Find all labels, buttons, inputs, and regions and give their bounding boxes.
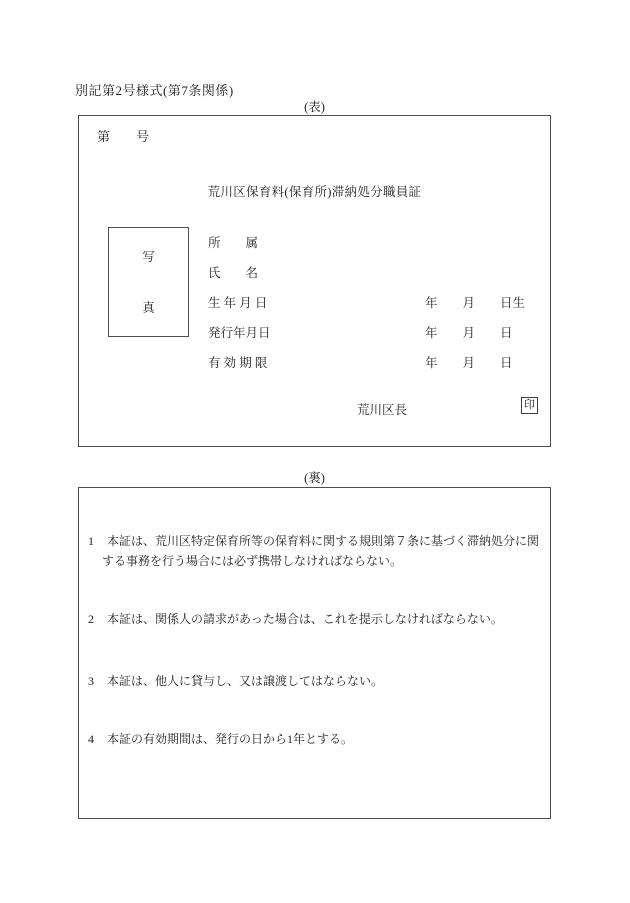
- field-row-affiliation: 所 属: [79, 233, 550, 248]
- mayor-title: 荒川区長: [357, 400, 407, 418]
- rule-item-4: 4 本証の有効期間は、発行の日から1年とする。: [88, 730, 548, 750]
- field-row-expiration: 有 効 期 限 年 月 日: [79, 353, 550, 368]
- field-date-issue-date: 年 月 日: [425, 323, 513, 341]
- front-side-label: (表): [78, 97, 551, 115]
- rule-item-3: 3 本証は、他人に貸与し、又は譲渡してはならない。: [88, 672, 548, 692]
- rule-number-4: 4: [88, 730, 94, 750]
- field-row-issue-date: 発行年月日 年 月 日: [79, 323, 550, 338]
- rule-number-1: 1: [88, 532, 94, 552]
- seal-box: 印: [521, 397, 538, 414]
- back-side-label: (裏): [78, 468, 551, 486]
- rule-number-3: 3: [88, 672, 94, 692]
- field-label-affiliation: 所 属: [208, 233, 258, 251]
- field-date-expiration: 年 月 日: [425, 353, 513, 371]
- field-label-birthdate: 生 年 月 日: [208, 293, 267, 311]
- rule-text-2: 本証は、関係人の請求があった場合は、これを提示しなければならない。: [102, 610, 546, 630]
- back-card: 1 本証は、荒川区特定保育所等の保育料に関する規則第７条に基づく滞納処分に関する…: [78, 487, 551, 819]
- rule-text-1: 本証は、荒川区特定保育所等の保育料に関する規則第７条に基づく滞納処分に関する事務…: [102, 532, 546, 571]
- field-label-expiration: 有 効 期 限: [208, 353, 267, 371]
- rule-item-2: 2 本証は、関係人の請求があった場合は、これを提示しなければならない。: [88, 610, 548, 630]
- rule-number-2: 2: [88, 610, 94, 630]
- rule-text-3: 本証は、他人に貸与し、又は譲渡してはならない。: [102, 672, 546, 692]
- rule-item-1: 1 本証は、荒川区特定保育所等の保育料に関する規則第７条に基づく滞納処分に関する…: [88, 532, 548, 571]
- field-label-name: 氏 名: [208, 263, 258, 281]
- card-number: 第 号: [97, 126, 149, 145]
- field-row-name: 氏 名: [79, 263, 550, 278]
- front-card: 第 号 荒川区保育料(保育所)滞納処分職員証 写 真 所 属 氏 名 生 年 月…: [78, 115, 551, 447]
- field-row-birthdate: 生 年 月 日 年 月 日生: [79, 293, 550, 308]
- document-page: 別記第2号様式(第7条関係) (表) 第 号 荒川区保育料(保育所)滞納処分職員…: [0, 0, 630, 903]
- rule-text-4: 本証の有効期間は、発行の日から1年とする。: [102, 730, 546, 750]
- field-label-issue-date: 発行年月日: [208, 323, 271, 341]
- seal-character: 印: [524, 400, 535, 411]
- card-title: 荒川区保育料(保育所)滞納処分職員証: [79, 182, 550, 200]
- field-date-birthdate: 年 月 日生: [425, 293, 525, 311]
